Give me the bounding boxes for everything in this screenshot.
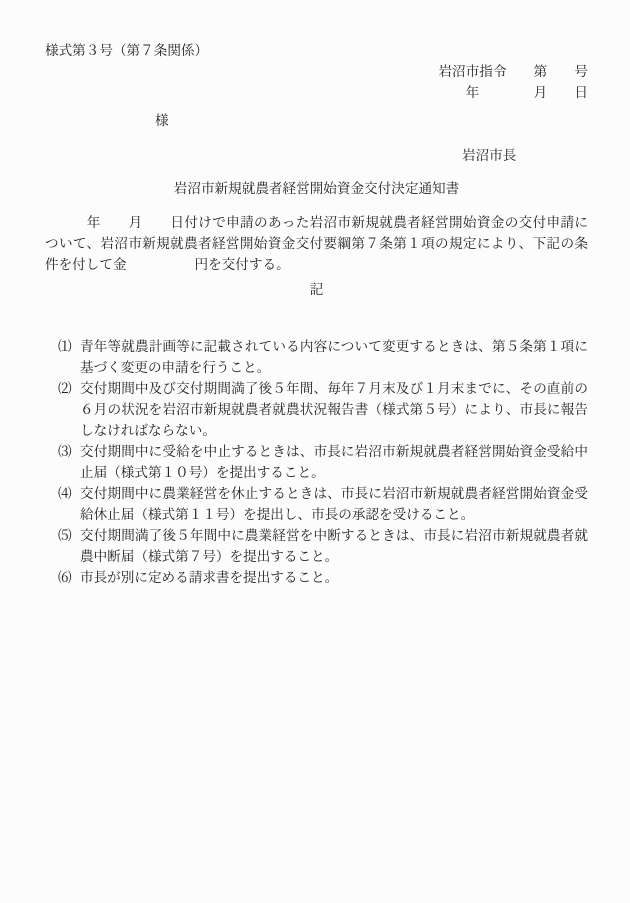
condition-number: ⑶ [58, 441, 72, 462]
condition-number: ⑸ [58, 525, 72, 546]
directive-number-line: 岩沼市指令 第 号 [45, 61, 588, 82]
condition-text: 青年等就農計画等に記載されている内容について変更するときは、第５条第１項に基づく… [80, 339, 588, 375]
condition-number: ⑹ [58, 567, 72, 588]
condition-item-1: ⑴ 青年等就農計画等に記載されている内容について変更するときは、第５条第１項に基… [45, 336, 588, 378]
condition-number: ⑴ [58, 336, 72, 357]
issuer-mayor-line: 岩沼市長 [45, 145, 588, 166]
condition-text: 交付期間満了後５年間中に農業経営を中断するときは、市長に岩沼市新規就農者就農中断… [80, 528, 588, 564]
issue-date-line: 年 月 日 [45, 82, 588, 103]
conditions-list: ⑴ 青年等就農計画等に記載されている内容について変更するときは、第５条第１項に基… [45, 336, 588, 588]
condition-number: ⑷ [58, 483, 72, 504]
condition-item-4: ⑷ 交付期間中に農業経営を休止するときは、市長に岩沼市新規就農者経営開始資金受給… [45, 483, 588, 525]
condition-item-5: ⑸ 交付期間満了後５年間中に農業経営を中断するときは、市長に岩沼市新規就農者就農… [45, 525, 588, 567]
body-paragraph: 年 月 日付けで申請のあった岩沼市新規就農者経営開始資金の交付申請について、岩沼… [45, 212, 588, 275]
form-number: 様式第３号（第７条関係） [45, 40, 588, 61]
condition-item-6: ⑹ 市長が別に定める請求書を提出すること。 [45, 567, 588, 588]
addressee-line: 様 [45, 110, 588, 131]
directive-block: 岩沼市指令 第 号 年 月 日 [45, 61, 588, 103]
document-page: 様式第３号（第７条関係） 岩沼市指令 第 号 年 月 日 様 岩沼市長 岩沼市新… [0, 0, 630, 903]
condition-text: 交付期間中に農業経営を休止するときは、市長に岩沼市新規就農者経営開始資金受給休止… [80, 486, 588, 522]
document-title: 岩沼市新規就農者経営開始資金交付決定通知書 [45, 178, 588, 199]
condition-item-3: ⑶ 交付期間中に受給を中止するときは、市長に岩沼市新規就農者経営開始資金受給中止… [45, 441, 588, 483]
condition-text: 市長が別に定める請求書を提出すること。 [80, 570, 338, 585]
ki-separator-label: 記 [45, 279, 588, 300]
condition-text: 交付期間中に受給を中止するときは、市長に岩沼市新規就農者経営開始資金受給中止届（… [80, 444, 588, 480]
condition-number: ⑵ [58, 378, 72, 399]
condition-item-2: ⑵ 交付期間中及び交付期間満了後５年間、毎年７月末及び１月末までに、その直前の６… [45, 378, 588, 441]
condition-text: 交付期間中及び交付期間満了後５年間、毎年７月末及び１月末までに、その直前の６月の… [80, 381, 588, 438]
